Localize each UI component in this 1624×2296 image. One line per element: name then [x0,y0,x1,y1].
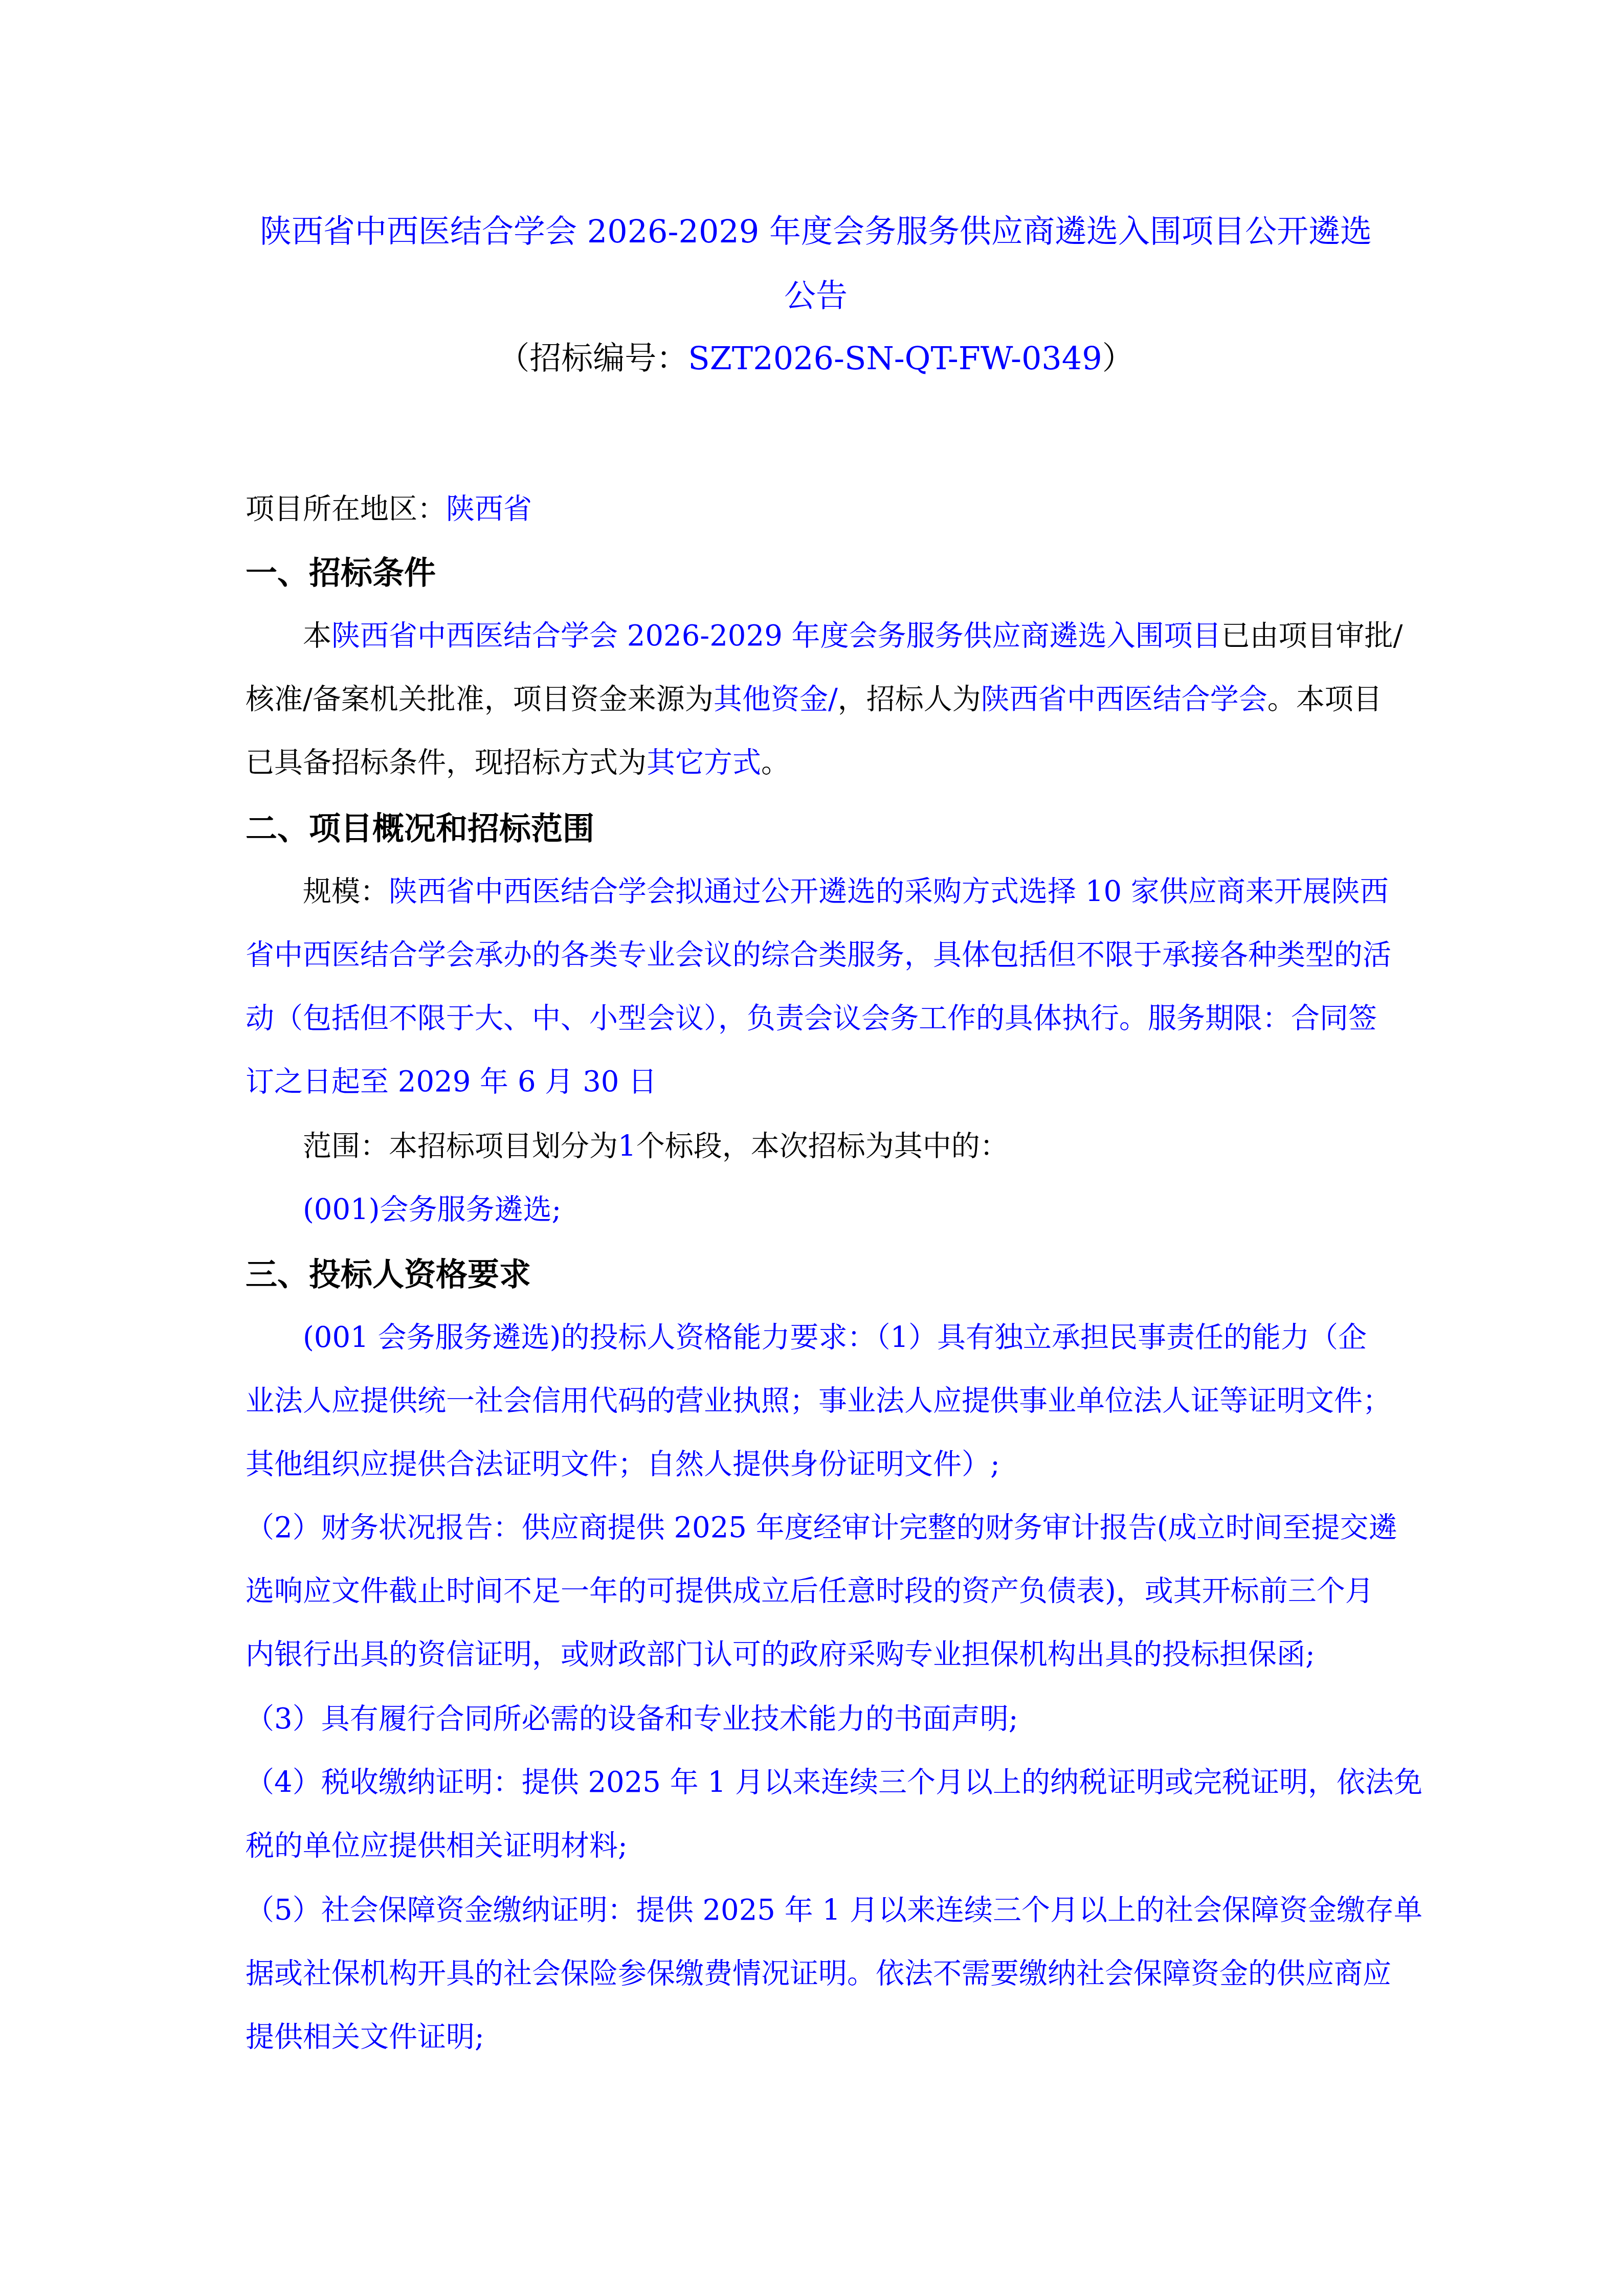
requirement-1-line2: 业法人应提供统一社会信用代码的营业执照；事业法人应提供事业单位法人证等证明文件； [246,1387,1391,1415]
requirement-4-line1: （4）税收缴纳证明：提供 2025 年 1 月以来连续三个月以上的纳税证明或完税… [246,1768,1422,1797]
scale-label: 规模： [303,875,389,908]
tender-method: 其它方式 [647,746,761,779]
text: 核准/备案机关批准，项目资金来源为 [246,683,714,716]
text: 已具备招标条件，现招标方式为 [246,746,647,779]
requirement-5-line2: 据或社保机构开具的社会保险参保缴费情况证明。依法不需要缴纳社会保障资金的供应商应 [246,1960,1391,1988]
lot-item: (001)会务服务遴选; [303,1196,561,1224]
requirement-2-line1: （2）财务状况报告：供应商提供 2025 年度经审计完整的财务审计报告(成立时间… [246,1514,1397,1542]
section-heading-bidder-qualifications: 三、投标人资格要求 [246,1259,531,1291]
document-title-line2: 公告 [246,280,1386,312]
text: 。本项目 [1267,683,1382,716]
region-label: 项目所在地区： [246,492,446,526]
section1-paragraph-line1: 本陕西省中西医结合学会 2026-2029 年度会务服务供应商遴选入围项目已由项… [303,622,1403,650]
bid-number-prefix: （招标编号： [498,340,688,377]
section-heading-bid-conditions: 一、招标条件 [246,557,436,589]
scale-line3: 动（包括但不限于大、中、小型会议），负责会议会务工作的具体执行。服务期限：合同签 [246,1004,1377,1033]
tenderer-name: 陕西省中西医结合学会 [981,683,1267,716]
text: 本 [303,619,331,652]
requirement-3-line1: （3）具有履行合同所必需的设备和专业技术能力的书面声明; [246,1705,1018,1734]
scale-text: 陕西省中西医结合学会拟通过公开遴选的采购方式选择 10 家供应商来开展陕西 [389,875,1389,908]
scale-line1: 规模：陕西省中西医结合学会拟通过公开遴选的采购方式选择 10 家供应商来开展陕西 [303,877,1389,906]
fund-source: 其他资金/ [714,683,838,716]
scale-line4: 订之日起至 2029 年 6 月 30 日 [246,1068,657,1096]
bid-number-suffix: ） [1102,340,1134,377]
project-region: 项目所在地区：陕西省 [246,495,532,524]
range-line: 范围：本招标项目划分为1个标段，本次招标为其中的： [303,1132,1009,1161]
requirement-1-line3: 其他组织应提供合法证明文件；自然人提供身份证明文件）; [246,1450,1000,1479]
requirement-5-line1: （5）社会保障资金缴纳证明：提供 2025 年 1 月以来连续三个月以上的社会保… [246,1896,1422,1925]
document-title-line1: 陕西省中西医结合学会 2026-2029 年度会务服务供应商遴选入围项目公开遴选 [246,216,1386,247]
requirement-2-line3: 内银行出具的资信证明，或财政部门认可的政府采购专业担保机构出具的投标担保函; [246,1640,1315,1669]
section-heading-project-overview: 二、项目概况和招标范围 [246,813,594,845]
requirement-4-line2: 税的单位应提供相关证明材料; [246,1832,628,1860]
bid-number-value: SZT2026-SN-QT-FW-0349 [688,340,1102,377]
requirement-5-line3: 提供相关文件证明; [246,2023,484,2052]
project-name: 陕西省中西医结合学会 2026-2029 年度会务服务供应商遴选入围项目 [331,619,1221,652]
requirement-1-line1: (001 会务服务遴选)的投标人资格能力要求：（1）具有独立承担民事责任的能力（… [303,1323,1367,1352]
text: ，招标人为 [838,683,981,716]
region-value: 陕西省 [446,492,532,526]
text: 。 [761,746,790,779]
section1-paragraph-line2: 核准/备案机关批准，项目资金来源为其他资金/，招标人为陕西省中西医结合学会。本项… [246,685,1382,714]
bid-number: （招标编号：SZT2026-SN-QT-FW-0349） [246,343,1386,374]
text: 已由项目审批/ [1221,619,1403,652]
text: 范围：本招标项目划分为 [303,1130,618,1163]
lot-count: 1 [618,1130,636,1163]
section1-paragraph-line3: 已具备招标条件，现招标方式为其它方式。 [246,749,790,777]
text: 个标段，本次招标为其中的： [636,1130,1009,1163]
scale-line2: 省中西医结合学会承办的各类专业会议的综合类服务，具体包括但不限于承接各种类型的活 [246,941,1391,970]
requirement-2-line2: 选响应文件截止时间不足一年的可提供成立后任意时段的资产负债表)，或其开标前三个月 [246,1577,1374,1606]
